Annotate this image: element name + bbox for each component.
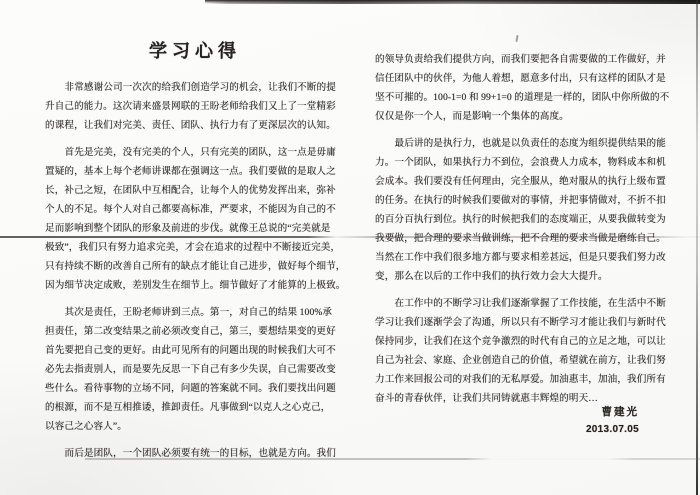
text-line: 首先是完美，没有完美的个人，只有完美的团队，这一点是毋庸 <box>45 143 347 162</box>
text-line: 学习让我们逐渐学会了沟通，所以只有不断学习才能让我们与新时代 <box>375 313 677 332</box>
text-line: 在工作中的不断学习让我们逐渐掌握了工作技能，在生活中不断 <box>375 294 677 313</box>
text-line: 必先去指责别人，而是要先反思一下自己有多少失误，自己需要改变 <box>45 360 347 379</box>
text-line: 其次是责任，王盼老师讲到三点。第一，对自己的结果 100%承 <box>45 303 347 322</box>
text-line: 会成本。我们要没有任何理由，完全服从，绝对服从的执行上级布置 <box>375 172 677 191</box>
text-line: 的根源，而不是互相推诿，推卸责任。凡事做到“以克人之心克己， <box>45 398 347 417</box>
text-line: 因为细节决定成败，差别发生在细节上。细节做好了才能算的上极致。 <box>45 276 347 295</box>
right-column: 的领导负责给我们提供方向，而我们要把各自需要做的工作做好，并信任团队中的伙伴，为… <box>375 50 677 408</box>
text-line: 变，那么在以后的工作中我们的执行效力会大大提升。 <box>375 267 677 286</box>
text-line: 极致”，我们只有努力追求完美，才会在追求的过程中不断接近完美， <box>45 238 347 257</box>
text-line: 的任务。在执行的时候我们要做对的事情，并把事情做对，不折不扣 <box>375 191 677 210</box>
text-line: 当然在工作中我们很多地方都与要求相差甚远，但是只要我们努力改 <box>375 248 677 267</box>
scan-speck <box>515 35 518 42</box>
text-line: 长，补己之短，在团队中互相配合，让每个人的优势发挥出来，弥补 <box>45 181 347 200</box>
text-line: 的课程，让我们对完美、责任、团队、执行力有了更深层次的认知。 <box>45 116 347 135</box>
text-line: 仅仅是你一个人，而是影响一个集体的高度。 <box>375 107 677 126</box>
signature-name: 曹建光 <box>375 404 639 419</box>
text-line: 力。一个团队，如果执行力不到位，会浪费人力成本，物料成本和机 <box>375 153 677 172</box>
text-line: 置疑的，基本上每个老师讲课都在强调这一点。我们要做的是取人之 <box>45 162 347 181</box>
text-line: 保持同步，让我们在这个竞争激烈的时代有自己的立足之地，可以让 <box>375 332 677 351</box>
text-line: 个人的不足。每个人对自己都要高标准，严要求，不能因为自己的不 <box>45 200 347 219</box>
signature-date: 2013.07.05 <box>375 424 639 435</box>
text-line: 信任团队中的伙伴，为他人着想，愿意多付出，只有这样的团队才是 <box>375 69 677 88</box>
text-line: 最后讲的是执行力，也就是以负责任的态度为组织提供结果的能 <box>375 134 677 153</box>
text-line: 的百分百执行到位。执行的时候把我们的态度端正，从要我做转变为 <box>375 210 677 229</box>
text-line: 以容己之心容人”。 <box>45 417 347 436</box>
signature-block: 曹建光 2013.07.05 <box>375 404 677 435</box>
text-line: 非常感谢公司一次次的给我们创造学习的机会，让我们不断的提 <box>45 78 347 97</box>
scanned-document-page: 学习心得 非常感谢公司一次次的给我们创造学习的机会，让我们不断的提升自己的能力。… <box>0 0 700 495</box>
scan-edge-top <box>205 0 700 4</box>
text-line: 首先要把自己变的更好。由此可见所有的问题出现的时候我们大可不 <box>45 341 347 360</box>
text-line: 足而影响到整个团队的形象及前进的步伐。就像王总说的“完美就是 <box>45 219 347 238</box>
text-line: 些什么。看待事物的立场不同，问题的答案就不同。我们要找出问题 <box>45 379 347 398</box>
text-line: 只有持续不断的改善自己所有的缺点才能让自己进步，做好每个细节， <box>45 257 347 276</box>
text-line: 我要做，把合理的要求当做训练，把不合理的要求当做是磨练自己。 <box>375 229 677 248</box>
text-line: 坚不可摧的。100-1=0 和 99+1=0 的道理是一样的，团队中你所做的不 <box>375 88 677 107</box>
text-line: 而后是团队，一个团队必须要有统一的目标，也就是方向。我们 <box>45 444 347 463</box>
left-column: 非常感谢公司一次次的给我们创造学习的机会，让我们不断的提升自己的能力。这次请来盛… <box>45 70 347 463</box>
text-line: 力工作来回报公司的对我们的无私厚爱。加油惠丰，加油，我们所有 <box>375 370 677 389</box>
text-line: 升自己的能力。这次请来盛景网联的王盼老师给我们又上了一堂精彩 <box>45 97 347 116</box>
text-line: 担责任，第二改变结果之前必须改变自己，第三，要想结果变的更好 <box>45 322 347 341</box>
text-line: 的领导负责给我们提供方向，而我们要把各自需要做的工作做好，并 <box>375 50 677 69</box>
scan-edge-right <box>696 0 698 495</box>
text-line: 自己为社会、家庭、企业创造自己的价值，希望就在前方，让我们努 <box>375 351 677 370</box>
document-title: 学习心得 <box>45 37 345 63</box>
